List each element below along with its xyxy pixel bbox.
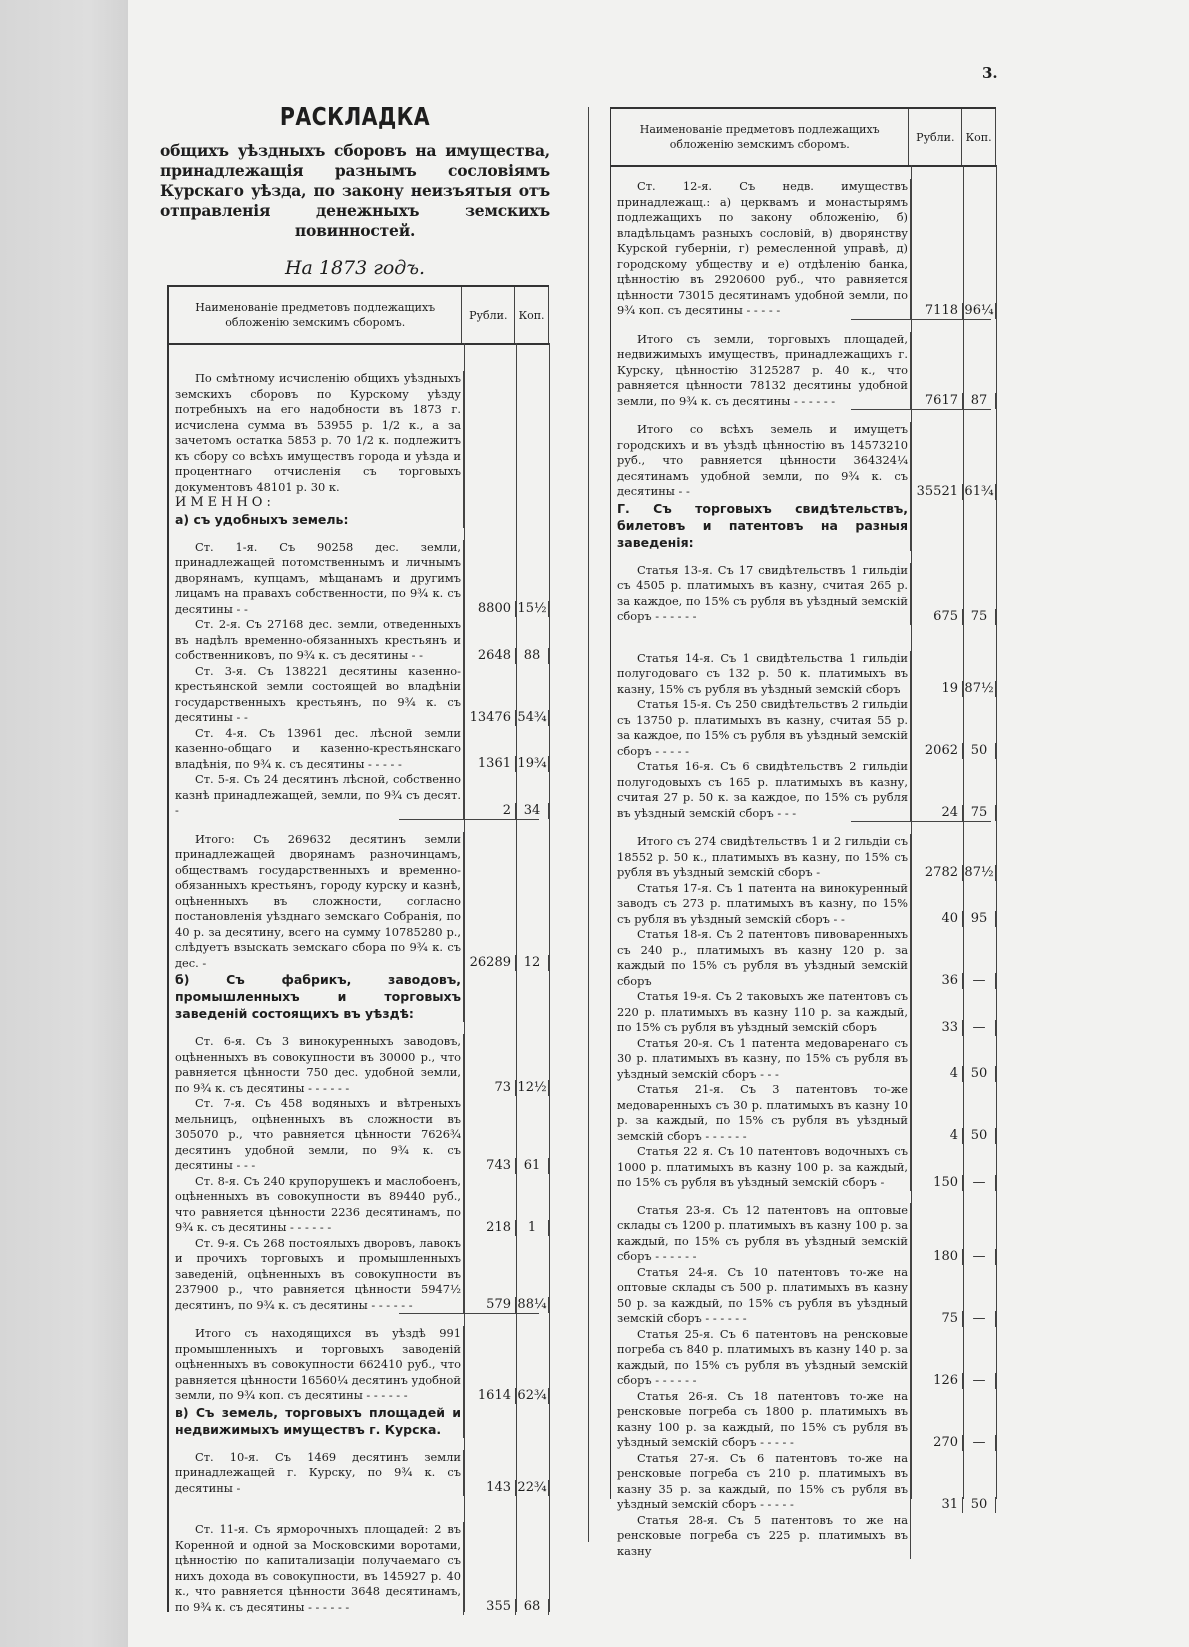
kopecks-value: 96¼ — [963, 303, 996, 319]
section-a-heading: а) съ удобныхъ земель: — [169, 511, 464, 528]
kopecks-value: 50 — [963, 1497, 996, 1513]
rubles-value: 180 — [911, 1249, 963, 1265]
rubles-value: 24 — [911, 805, 963, 821]
kopecks-value: — — [963, 1435, 996, 1451]
rubles-value: 355 — [464, 1599, 516, 1615]
rubles-value: 2062 — [911, 743, 963, 759]
kopecks-value: 75 — [963, 805, 996, 821]
table-row: Ст. 5-я. Съ 24 десятинъ лѣсной, собствен… — [169, 772, 549, 819]
kopecks-value: — — [963, 1311, 996, 1327]
section-b-heading: б) Съ фабрикъ, заводовъ, промышленныхъ и… — [169, 971, 464, 1022]
kopecks-value: 95 — [963, 911, 996, 927]
header-kopecks: Коп. — [515, 287, 549, 343]
column-divider — [516, 343, 517, 1612]
table-row: Ст. 3-я. Съ 138221 десятины казенно-крес… — [169, 664, 549, 726]
table-row: Статья 24-я. Съ 10 патентовъ то-же на оп… — [611, 1265, 996, 1327]
table-row: Статья 15-я. Съ 250 свидѣтельствъ 2 гиль… — [611, 697, 996, 759]
rubles-value: 19 — [911, 681, 963, 697]
kopecks-value: — — [963, 1175, 996, 1191]
table-header: Наименованіе предметовъ подлежащихъ обло… — [169, 287, 549, 345]
table-row: Ст. 12-я. Съ недв. имуществъ принадлежащ… — [611, 179, 996, 319]
subtotal-row: Итого съ 274 свидѣтельствъ 1 и 2 гильдіи… — [611, 834, 996, 881]
rubles-value: 7617 — [911, 393, 963, 409]
rubles-value: 31 — [911, 1497, 963, 1513]
subtotal-row: Итого съ земли, торговыхъ площадей, недв… — [611, 332, 996, 410]
header-rubles: Рубли. — [909, 109, 962, 165]
table-row: Ст. 4-я. Съ 13961 дес. лѣсной земли казе… — [169, 726, 549, 773]
table-row: Статья 20-я. Съ 1 патента медоваренаго с… — [611, 1036, 996, 1083]
table-row: Ст. 1-я. Съ 90258 дес. земли, принадлежа… — [169, 540, 549, 618]
table-row: Статья 23-я. Съ 12 патентовъ на оптовые … — [611, 1203, 996, 1265]
kopecks-value: 12½ — [516, 1080, 549, 1096]
header-name: Наименованіе предметовъ подлежащихъ обло… — [611, 109, 909, 165]
kopecks-value: 50 — [963, 743, 996, 759]
rubles-value: 743 — [464, 1158, 516, 1174]
subtotal-row: Итого: Съ 269632 десятинъ земли принадле… — [169, 832, 549, 972]
rubles-value: 2 — [464, 803, 516, 819]
kopecks-value: 68 — [516, 1599, 549, 1615]
column-divider — [911, 165, 912, 1499]
rubles-value: 4 — [911, 1128, 963, 1144]
levy-table-right: Наименованіе предметовъ подлежащихъ обло… — [610, 107, 996, 1499]
rubles-value: 8800 — [464, 601, 516, 617]
rubles-value: 270 — [911, 1435, 963, 1451]
table-row: Ст. 6-я. Съ 3 винокуренныхъ заводовъ, оц… — [169, 1034, 549, 1096]
title-block: РАСКЛАДКА общихъ уѣздныхъ сборовъ на иму… — [160, 102, 550, 279]
kopecks-value: 15½ — [516, 601, 549, 617]
intro-text: По смѣтному исчисленію общихъ уѣздныхъ з… — [169, 371, 464, 495]
section-g-heading: Г. Съ торговыхъ свидѣтельствъ, билетовъ … — [611, 500, 911, 551]
levy-table-left: Наименованіе предметовъ подлежащихъ обло… — [167, 285, 549, 1612]
kopecks-value: — — [963, 1020, 996, 1036]
rubles-value: 2782 — [911, 865, 963, 881]
kopecks-value: 54¾ — [516, 710, 549, 726]
table-header: Наименованіе предметовъ подлежащихъ обло… — [611, 109, 996, 167]
table-row: Статья 18-я. Съ 2 патентовъ пивоваренных… — [611, 927, 996, 989]
rubles-value: 35521 — [911, 484, 963, 500]
column-divider — [996, 165, 997, 1499]
rubles-value: 1614 — [464, 1388, 516, 1404]
header-rubles: Рубли. — [462, 287, 515, 343]
grand-total-row: Итого со всѣхъ земель и имущетъ городски… — [611, 422, 996, 500]
column-divider — [549, 343, 550, 1612]
kopecks-value: 61 — [516, 1158, 549, 1174]
kopecks-value: 87½ — [963, 681, 996, 697]
kopecks-value: 61¾ — [963, 484, 996, 500]
table-row: Ст. 7-я. Съ 458 водяныхъ и вѣтреныхъ мел… — [169, 1096, 549, 1174]
kopecks-value: 62¾ — [516, 1388, 549, 1404]
rubles-value: 150 — [911, 1175, 963, 1191]
rubles-value: 126 — [911, 1373, 963, 1389]
kopecks-value: 19¾ — [516, 756, 549, 772]
subtotal-row: Итого съ находящихся въ уѣздѣ 991 промыш… — [169, 1326, 549, 1404]
rubles-value: 143 — [464, 1480, 516, 1496]
header-kopecks: Коп. — [962, 109, 996, 165]
table-row: Статья 28-я. Съ 5 патентовъ то же на рен… — [611, 1513, 996, 1560]
rubles-value: 13476 — [464, 710, 516, 726]
kopecks-value: 88 — [516, 648, 549, 664]
kopecks-value: 50 — [963, 1128, 996, 1144]
table-row: Ст. 8-я. Съ 240 крупорушекъ и маслобоенъ… — [169, 1174, 549, 1236]
table-row: Ст. 2-я. Съ 27168 дес. земли, отведенных… — [169, 617, 549, 664]
kopecks-value: — — [963, 973, 996, 989]
table-row: Статья 13-я. Съ 17 свидѣтельствъ 1 гильд… — [611, 563, 996, 625]
rubles-value: 579 — [464, 1297, 516, 1313]
table-row: Статья 27-я. Съ 6 патентовъ то-же на рен… — [611, 1451, 996, 1513]
imenno-heading: ИМЕННО: — [169, 495, 464, 511]
kopecks-value: 88¼ — [516, 1297, 549, 1313]
rubles-value: 26289 — [464, 955, 516, 971]
kopecks-value: 87 — [963, 393, 996, 409]
rubles-value: 675 — [911, 609, 963, 625]
kopecks-value: 22¾ — [516, 1480, 549, 1496]
kopecks-value: 12 — [516, 955, 549, 971]
rubles-value: 36 — [911, 973, 963, 989]
document-year: На 1873 годъ. — [160, 257, 550, 279]
kopecks-value: 87½ — [963, 865, 996, 881]
table-row: Ст. 11-я. Съ ярморочныхъ площадей: 2 въ … — [169, 1522, 549, 1615]
rubles-value: 33 — [911, 1020, 963, 1036]
rubles-value: 73 — [464, 1080, 516, 1096]
page-number: 3. — [982, 64, 998, 82]
kopecks-value: 75 — [963, 609, 996, 625]
table-row: Статья 14-я. Съ 1 свидѣтельства 1 гильді… — [611, 651, 996, 698]
table-row: Статья 26-я. Съ 18 патентовъ то-же на ре… — [611, 1389, 996, 1451]
column-divider — [464, 343, 465, 1612]
table-row: Статья 19-я. Съ 2 таковыхъ же патентовъ … — [611, 989, 996, 1036]
table-row: Статья 21-я. Съ 3 патентовъ то-же медова… — [611, 1082, 996, 1144]
table-row: Ст. 10-я. Съ 1469 десятинъ земли принадл… — [169, 1450, 549, 1497]
table-row: Статья 25-я. Съ 6 патентовъ на ренсковые… — [611, 1327, 996, 1389]
kopecks-value: — — [963, 1249, 996, 1265]
rubles-value: 218 — [464, 1220, 516, 1236]
table-row: Статья 16-я. Съ 6 свидѣтельствъ 2 гильді… — [611, 759, 996, 821]
rubles-value: 1361 — [464, 756, 516, 772]
rubles-value: 40 — [911, 911, 963, 927]
kopecks-value: 50 — [963, 1066, 996, 1082]
document-subtitle: общихъ уѣздныхъ сборовъ на имущества, пр… — [160, 141, 550, 241]
kopecks-value: 1 — [516, 1220, 549, 1236]
rubles-value: 2648 — [464, 648, 516, 664]
document-title: РАСКЛАДКА — [195, 102, 515, 131]
rubles-value: 7118 — [911, 303, 963, 319]
column-divider — [963, 165, 964, 1499]
table-row: Ст. 9-я. Съ 268 постоялыхъ дворовъ, лаво… — [169, 1236, 549, 1314]
section-v-heading: в) Съ земель, торговыхъ площадей и недви… — [169, 1404, 464, 1438]
table-row: Статья 17-я. Съ 1 патента на винокуренны… — [611, 881, 996, 928]
kopecks-value: — — [963, 1373, 996, 1389]
rubles-value: 4 — [911, 1066, 963, 1082]
table-row: Статья 22 я. Съ 10 патентовъ водочныхъ с… — [611, 1144, 996, 1191]
scanner-margin — [0, 0, 128, 1647]
header-name: Наименованіе предметовъ подлежащихъ обло… — [169, 287, 462, 343]
kopecks-value: 34 — [516, 803, 549, 819]
column-rule — [588, 107, 589, 1542]
rubles-value: 75 — [911, 1311, 963, 1327]
